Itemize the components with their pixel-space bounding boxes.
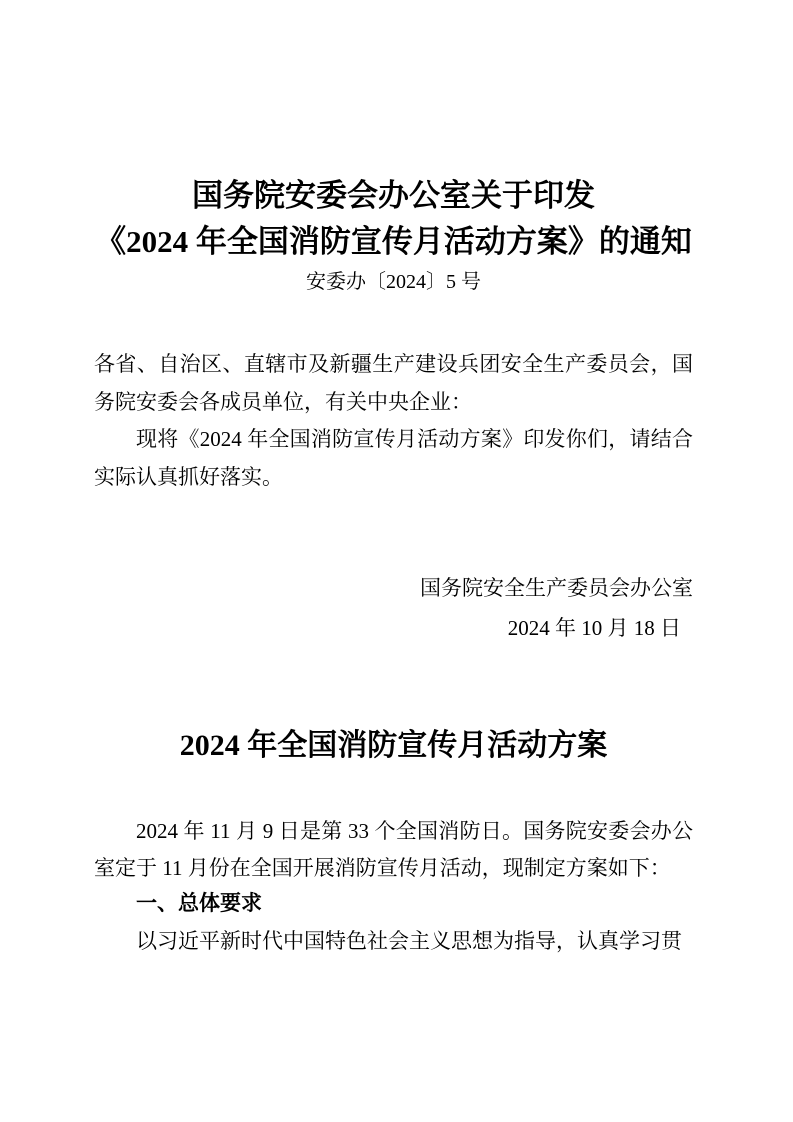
section-1-text: 以习近平新时代中国特色社会主义思想为指导，认真学习贯 [94, 923, 693, 960]
notice-title-line2: 《2024 年全国消防宣传月活动方案》的通知 [94, 219, 693, 265]
signature-date: 2024 年 10 月 18 日 [94, 608, 693, 648]
section-1-heading: 一、总体要求 [94, 886, 693, 923]
plan-intro-paragraph: 2024 年 11 月 9 日是第 33 个全国消防日。国务院安委会办公室定于 … [94, 813, 693, 886]
plan-title: 2024 年全国消防宣传月活动方案 [94, 724, 693, 768]
signature-organization: 国务院安全生产委员会办公室 [94, 568, 693, 608]
notice-title: 国务院安委会办公室关于印发 《2024 年全国消防宣传月活动方案》的通知 [94, 173, 693, 265]
notice-body-paragraph: 现将《2024 年全国消防宣传月活动方案》印发你们，请结合实际认真抓好落实。 [94, 421, 693, 496]
document-page: 国务院安委会办公室关于印发 《2024 年全国消防宣传月活动方案》的通知 安委办… [0, 0, 793, 1122]
document-number: 安委办〔2024〕5 号 [94, 267, 693, 297]
notice-title-line1: 国务院安委会办公室关于印发 [94, 173, 693, 219]
salutation-line: 各省、自治区、直辖市及新疆生产建设兵团安全生产委员会，国务院安委会各成员单位，有… [94, 346, 693, 421]
signature-block: 国务院安全生产委员会办公室 2024 年 10 月 18 日 [94, 568, 693, 648]
